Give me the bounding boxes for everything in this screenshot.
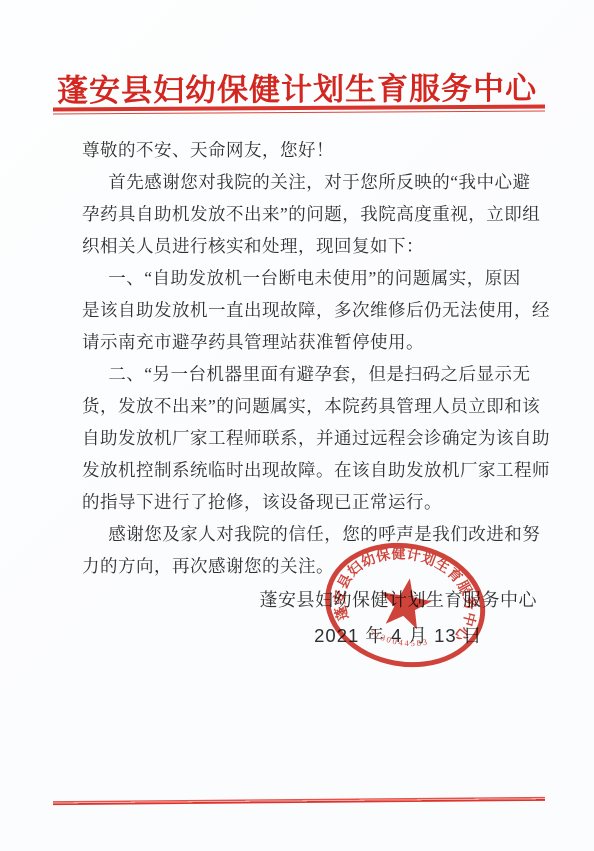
body-line: 二、“另一台机器里面有避孕套，但是扫码之后显示无: [82, 358, 528, 390]
body-line: 一、“自助发放机一台断电未使用”的问题属实，原因: [82, 262, 528, 294]
body-line: 请示南充市避孕药具管理站获准暂停使用。: [82, 326, 528, 358]
official-seal-graphic: 蓬安县妇幼保健计划生育服务中心 5130044583: [308, 524, 503, 688]
body-line: 的指导下进行了抢修，该设备现已正常运行。: [82, 486, 528, 518]
body-line: 是该自助发放机一直出现故障，多次维修后仍无法使用，经: [82, 294, 528, 326]
body-line: 织相关人员进行核实和处理，现回复如下：: [82, 230, 528, 262]
footer-divider: [53, 797, 545, 805]
letter-body: 尊敬的不安、天命网友，您好！ 首先感谢您对我院的关注，对于您所反映的“我中心避 …: [82, 134, 528, 582]
seal-code-text: 5130044583: [367, 626, 431, 652]
letterhead-title: 蓬安县妇幼保健计划生育服务中心: [0, 62, 594, 110]
body-line: 自助发放机厂家工程师联系，并通过远程会诊确定为该自助: [82, 422, 528, 454]
body-line: 货，发放不出来”的问题属实，本院药具管理人员立即和该: [82, 390, 528, 422]
body-line: 感谢您及家人对我院的信任，您的呼声是我们改进和努: [82, 518, 528, 550]
letter-page: 蓬安县妇幼保健计划生育服务中心 尊敬的不安、天命网友，您好！ 首先感谢您对我院的…: [0, 0, 594, 851]
letterhead-divider-thin-line: [53, 110, 545, 115]
body-line: 发放机控制系统临时出现故障。在该自助发放机厂家工程师: [82, 454, 528, 486]
star-icon: [376, 574, 435, 631]
official-seal: 蓬安县妇幼保健计划生育服务中心 5130044583: [308, 524, 503, 688]
body-line: 孕药具自助机发放不出来”的问题，我院高度重视，立即组: [82, 198, 528, 230]
body-line: 首先感谢您对我院的关注，对于您所反映的“我中心避: [82, 166, 528, 198]
salutation-line: 尊敬的不安、天命网友，您好！: [82, 134, 528, 166]
